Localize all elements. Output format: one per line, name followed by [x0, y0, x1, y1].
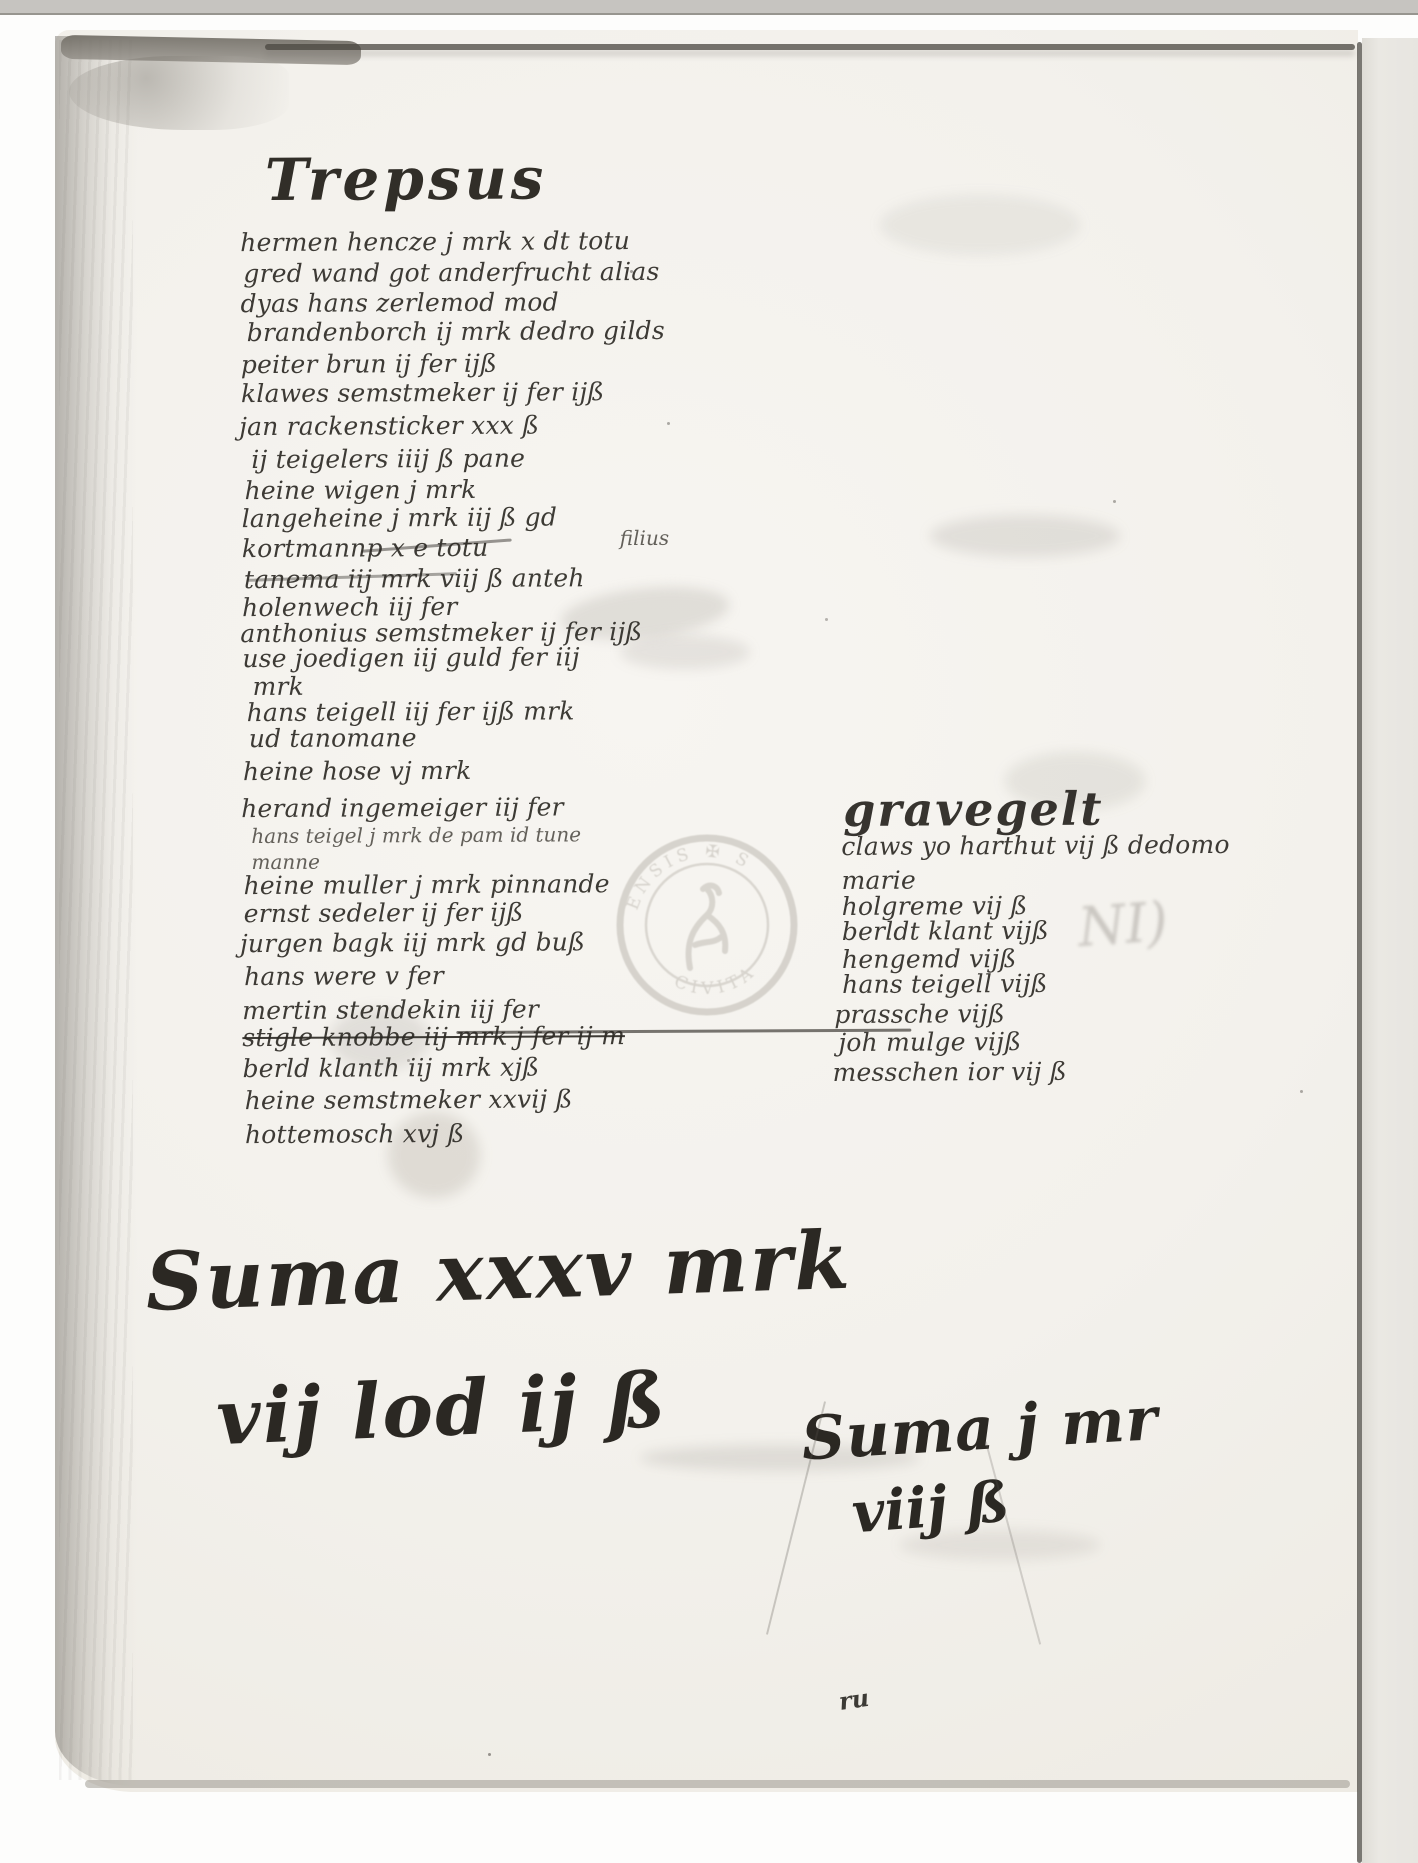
manuscript-line: ij teigelers iiij ß pane — [251, 444, 525, 474]
manuscript-line: langeheine j mrk iij ß gd — [242, 502, 557, 533]
manuscript-line: hans teigell vijß — [842, 969, 1048, 999]
manuscript-line: peiter brun ij fer ijß — [241, 349, 497, 379]
right-page-edge — [1357, 42, 1362, 1863]
manuscript-line-struck: stigle knobbe iij mrk j fer ij m — [242, 1021, 625, 1052]
manuscript-line: heine semstmeker xxvij ß — [245, 1084, 573, 1115]
manuscript-line: claws yo harthut vij ß dedomo — [841, 830, 1229, 861]
manuscript-line: prassche vijß — [834, 999, 1005, 1029]
manuscript-line: use joedigen iij guld fer iij — [242, 642, 579, 673]
manuscript-line: heine muller j mrk pinnande — [244, 869, 610, 900]
manuscript-line: klawes semstmeker ij fer ijß — [241, 377, 604, 408]
manuscript-line: berldt klant vijß — [842, 916, 1049, 946]
corner-squiggle-mark: ru — [837, 1683, 871, 1716]
manuscript-line: messchen ior vij ß — [833, 1057, 1067, 1087]
manuscript-line: hottemosch xvj ß — [245, 1119, 465, 1149]
summa-secondary-line1: Suma j mr — [800, 1384, 1160, 1474]
manuscript-line: gred wand got anderfrucht alias — [243, 257, 659, 288]
section-header-gravengelt: gravegelt — [843, 782, 1104, 837]
next-leaf-strip — [1362, 38, 1418, 1863]
manuscript-line: hans teigel j mrk de pam id tune — [251, 822, 581, 848]
summa-total-line1: Suma xxxv mrk — [144, 1213, 853, 1329]
manuscript-line: brandenborch ij mrk dedro gilds — [247, 316, 665, 347]
manuscript-line: hans were v fer — [244, 961, 444, 991]
manuscript-line: herand ingemeiger iij fer — [241, 792, 564, 823]
manuscript-line: heine wigen j mrk — [244, 475, 476, 505]
manuscript-line: jurgen bagk iij mrk gd buß — [240, 927, 585, 958]
manuscript-line: mertin stendekin iij fer — [242, 995, 539, 1026]
manuscript-line: mrk — [252, 672, 304, 701]
manuscript-line: dyas hans zerlemod mod — [240, 287, 558, 318]
manuscript-line: heine hose vj mrk — [243, 756, 472, 786]
manuscript-line: berld klanth iij mrk xjß — [242, 1053, 539, 1084]
manuscript-scan: NI) ENSIS ✠ S CIVITA Tr — [0, 0, 1418, 1863]
summa-secondary-line2: viij ß — [850, 1469, 1012, 1547]
manuscript-line: kortmannp x e totu — [242, 533, 489, 563]
manuscript-line: ernst sedeler ij fer ijß — [244, 898, 524, 928]
manuscript-line: joh mulge vijß — [838, 1027, 1021, 1057]
section-header: Trepsus — [265, 144, 548, 213]
manuscript-line: jan rackensticker xxx ß — [239, 411, 539, 442]
manuscript-line: ud tanomane — [249, 723, 417, 753]
summa-total-line2: vij lod ij ß — [215, 1355, 669, 1462]
manuscript-line: marie — [841, 866, 916, 895]
manuscript-line: hermen hencze j mrk x dt totu — [240, 226, 630, 257]
marginal-annotation: filius — [620, 526, 669, 550]
text-layer: Trepsus hermen hencze j mrk x dt totu gr… — [0, 0, 1418, 1863]
